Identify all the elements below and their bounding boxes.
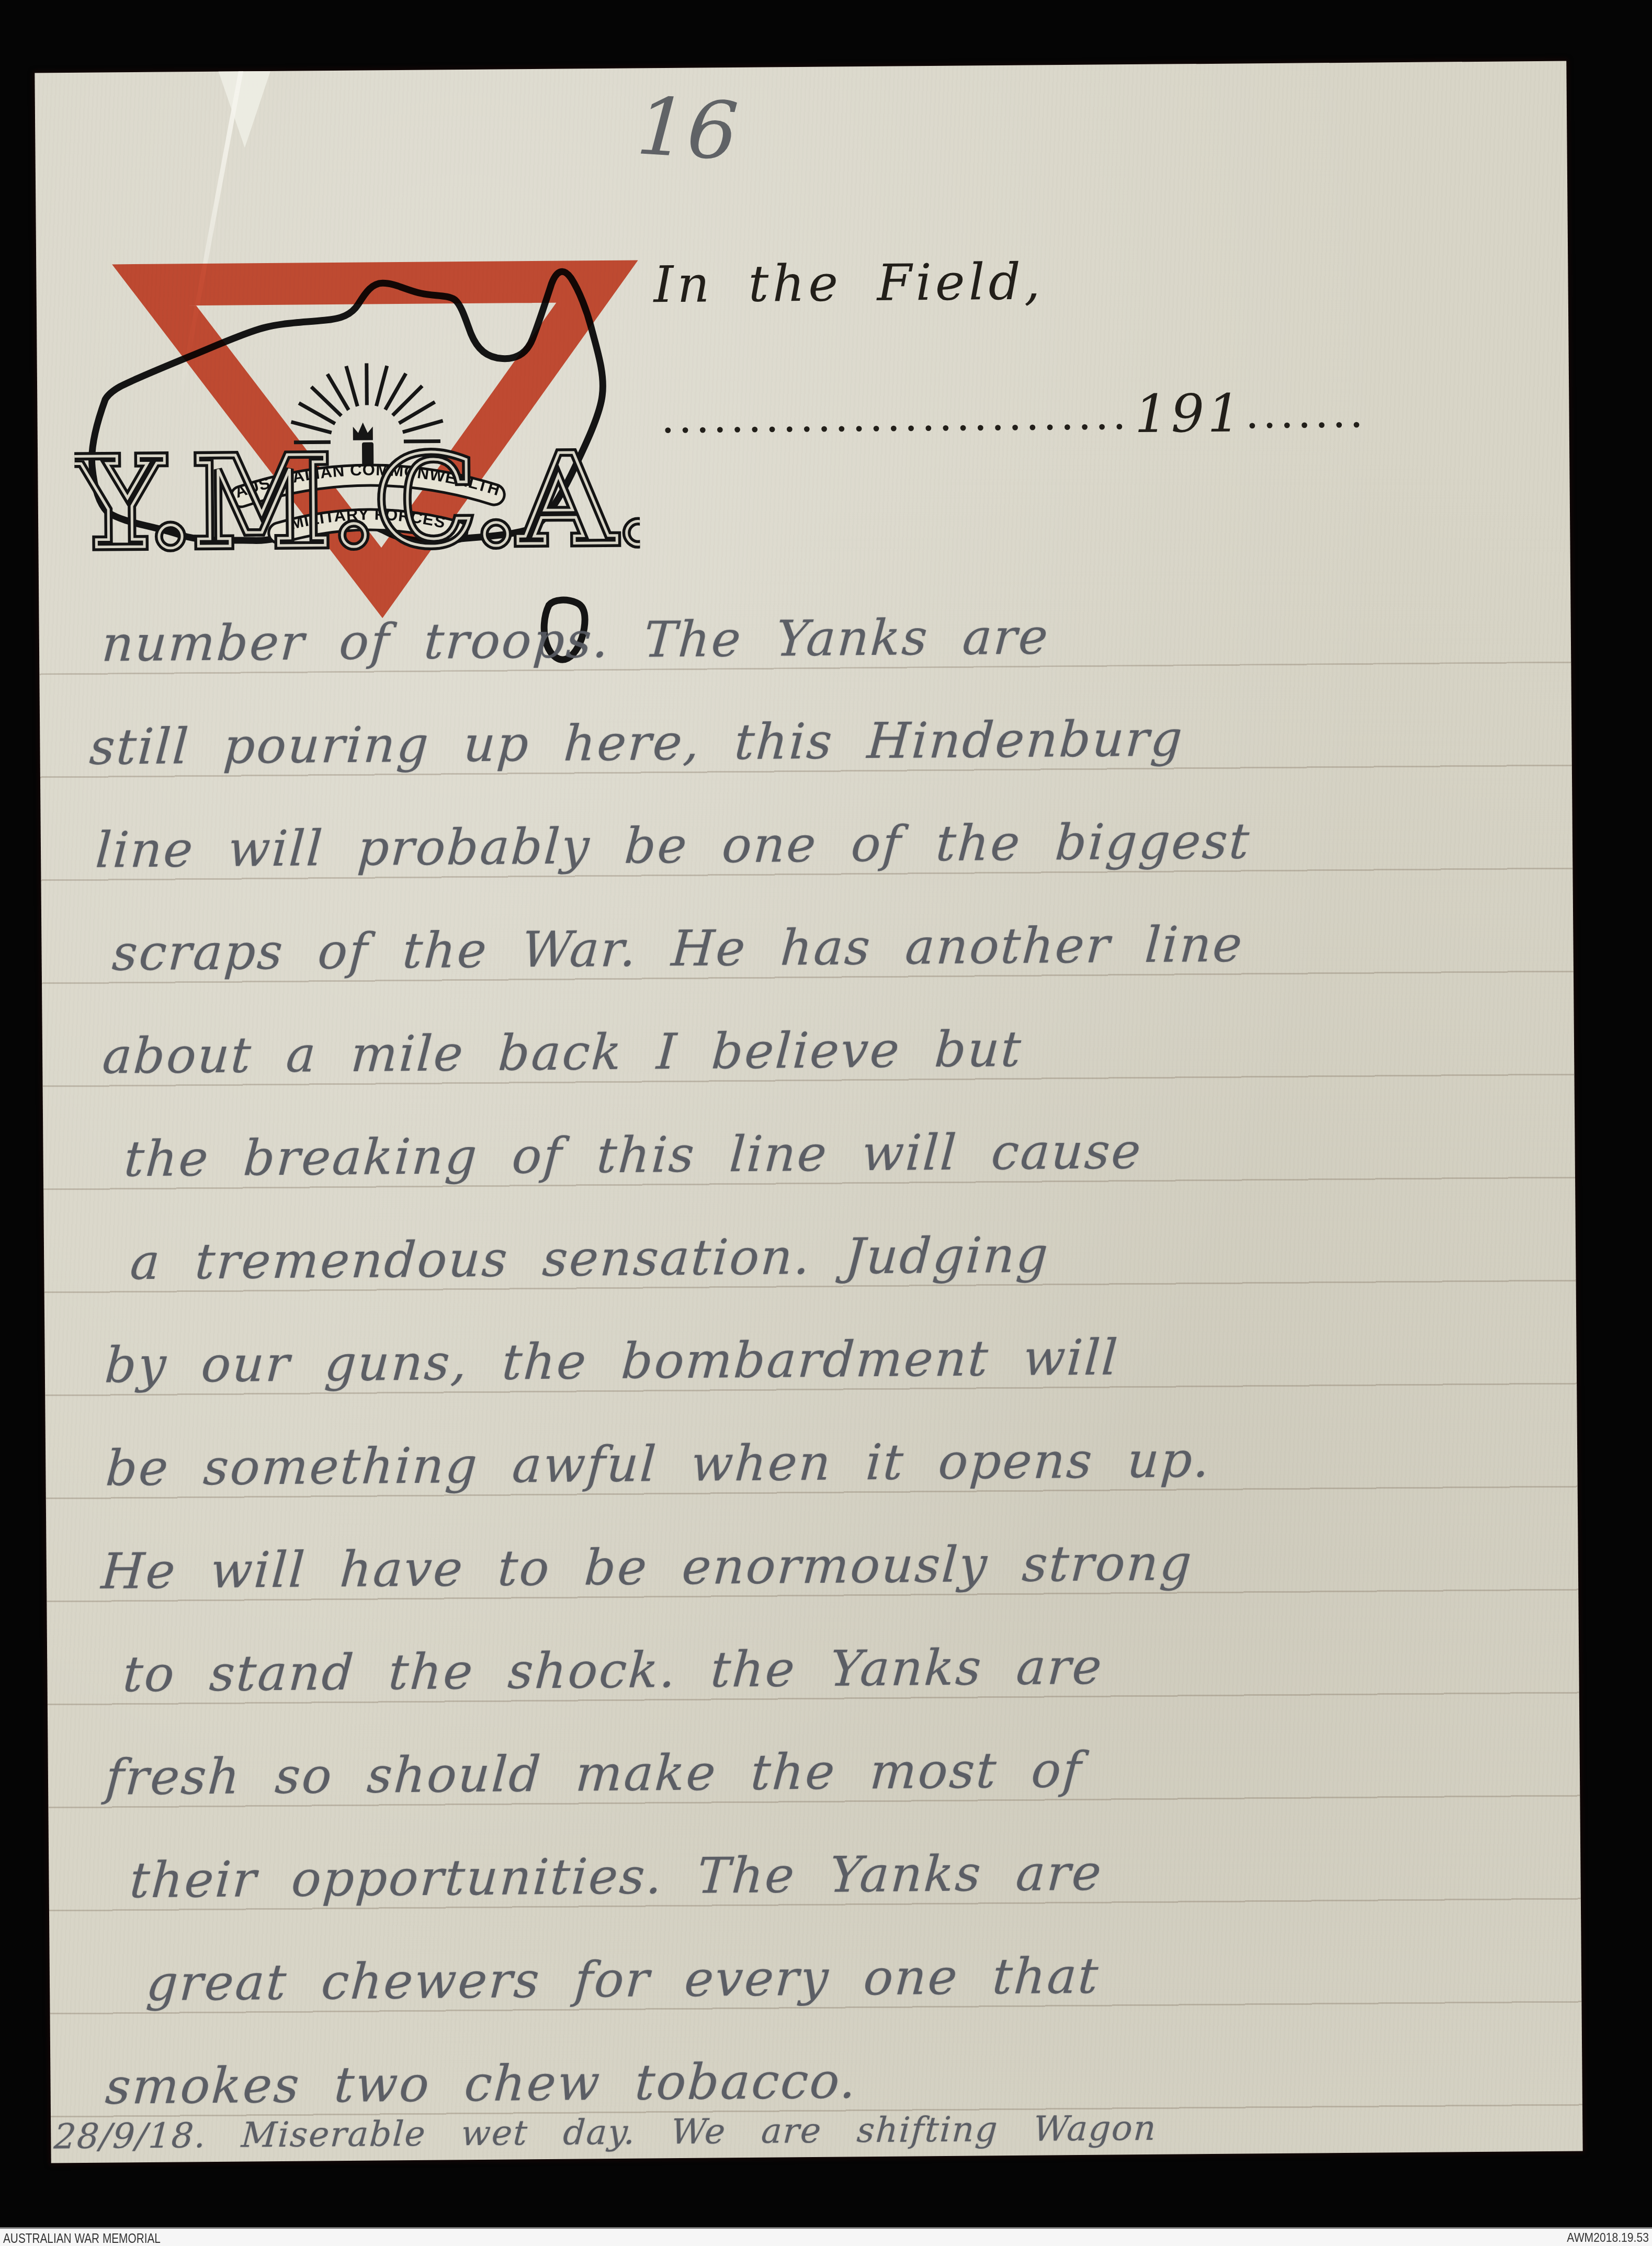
handwritten-line: scraps of the War. He has another line: [110, 914, 1246, 984]
letter-page: 16: [35, 61, 1582, 2163]
handwritten-line: fresh so should make the most of: [104, 1740, 1084, 1809]
handwritten-line: their opportunities. The Yanks are: [128, 1843, 1105, 1912]
handwritten-line: a tremendous sensation. Judging: [129, 1224, 1051, 1293]
handwritten-line: He will have to be enormously strong: [99, 1533, 1195, 1603]
handwritten-line: the breaking of this line will cause: [122, 1121, 1144, 1190]
handwritten-line: be something awful when it opens up.: [104, 1430, 1213, 1500]
handwritten-line: great chewers for every one that: [144, 1946, 1101, 2015]
date-dots-trailing: .......: [1247, 399, 1368, 436]
handwritten-line: about a mile back I believe but: [100, 1019, 1024, 1087]
handwritten-line: smokes two chew tobacco.: [104, 2050, 859, 2118]
archive-footer-bar: AUSTRALIAN WAR MEMORIAL AWM2018.19.53: [0, 2227, 1652, 2246]
handwritten-line: to stand the shock. the Yanks are: [121, 1637, 1105, 1706]
paper-tear: [211, 69, 275, 148]
handwritten-line: line will probably be one of the biggest: [94, 811, 1252, 881]
archive-accession-number: AWM2018.19.53: [1567, 2231, 1649, 2245]
ymca-wordmark-inner-line: Y.M.C.A.: [73, 426, 641, 577]
letterhead-place-line: In the Field,: [653, 252, 1044, 314]
date-dots-leading: ...........................: [662, 401, 1131, 440]
printed-year-191: 191: [1131, 382, 1247, 445]
handwritten-line: still pouring up here, this Hindenburg: [88, 708, 1186, 778]
handwritten-line: by our guns, the bombardment will: [103, 1327, 1121, 1397]
page-number: 16: [634, 80, 741, 178]
handwritten-line: number of troops. The Yanks are: [100, 606, 1051, 675]
archive-institution-label: AUSTRALIAN WAR MEMORIAL: [3, 2230, 161, 2246]
letterhead-date-line: ........................... 191 .......: [662, 380, 1563, 449]
handwritten-diary-date-line: 28/9/18. Miserable wet day. We are shift…: [53, 2107, 1158, 2159]
